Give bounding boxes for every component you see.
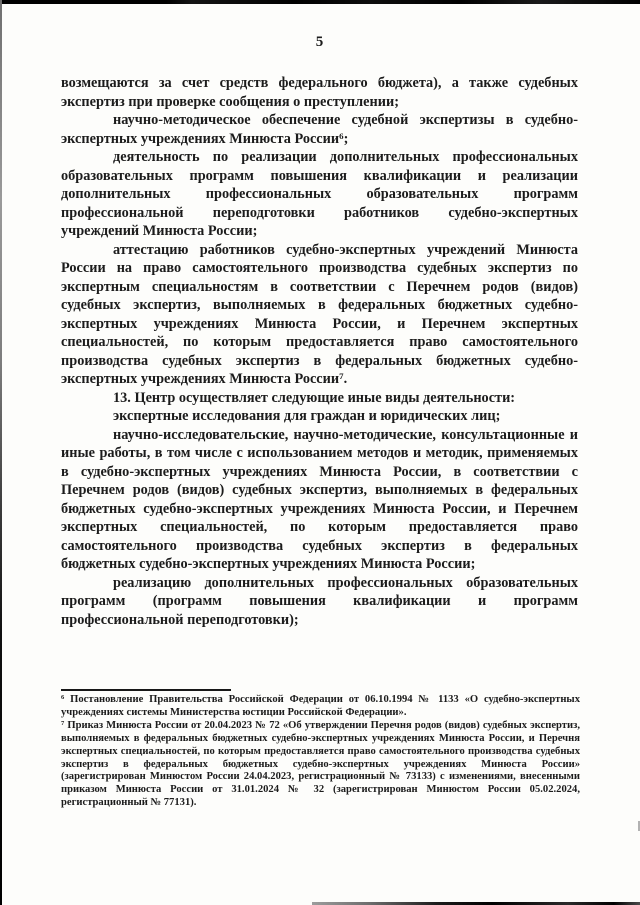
- footnotes-section: 6 Постановление Правительства Российской…: [61, 694, 580, 810]
- text-run: .: [344, 371, 348, 387]
- footnote-item: 6 Постановление Правительства Российской…: [61, 694, 580, 720]
- footnote-marker: 7: [61, 720, 64, 727]
- document-body: возмещаются за счет средств федерального…: [61, 74, 578, 629]
- text-run: научно-исследовательские, научно-методич…: [61, 427, 578, 573]
- text-run: ;: [344, 131, 349, 147]
- body-paragraph: аттестацию работников судебно-экспертных…: [61, 241, 578, 389]
- footnote-text: Приказ Минюста России от 20.04.2023 № 72…: [61, 720, 580, 808]
- body-paragraph: экспертные исследования для граждан и юр…: [61, 407, 578, 426]
- text-run: реализацию дополнительных профессиональн…: [61, 575, 578, 628]
- body-paragraph: возмещаются за счет средств федерального…: [61, 74, 578, 111]
- scan-artifact-top-edge: [0, 0, 640, 4]
- scan-artifact-left-edge: [0, 0, 2, 905]
- text-run: возмещаются за счет средств федерального…: [61, 75, 578, 110]
- footnote-item: 7 Приказ Минюста России от 20.04.2023 № …: [61, 720, 580, 810]
- page-number: 5: [61, 33, 578, 51]
- text-run: деятельность по реализации дополнительны…: [61, 149, 578, 239]
- footnote-text: Постановление Правительства Российской Ф…: [61, 694, 580, 718]
- footnote-reference: 7: [339, 371, 343, 381]
- body-paragraph: научно-методическое обеспечение судебной…: [61, 111, 578, 148]
- body-paragraph: реализацию дополнительных профессиональн…: [61, 574, 578, 630]
- text-run: 13. Центр осуществляет следующие иные ви…: [113, 390, 515, 406]
- footnote-divider: [61, 689, 231, 691]
- text-run: аттестацию работников судебно-экспертных…: [61, 242, 578, 388]
- text-run: экспертные исследования для граждан и юр…: [113, 408, 500, 424]
- body-paragraph: 13. Центр осуществляет следующие иные ви…: [61, 389, 578, 408]
- footnote-marker: 6: [61, 694, 64, 701]
- scanned-document-page: 5 возмещаются за счет средств федерально…: [0, 0, 640, 905]
- text-run: научно-методическое обеспечение судебной…: [61, 112, 578, 147]
- footnote-reference: 6: [339, 131, 343, 141]
- body-paragraph: деятельность по реализации дополнительны…: [61, 148, 578, 241]
- body-paragraph: научно-исследовательские, научно-методич…: [61, 426, 578, 574]
